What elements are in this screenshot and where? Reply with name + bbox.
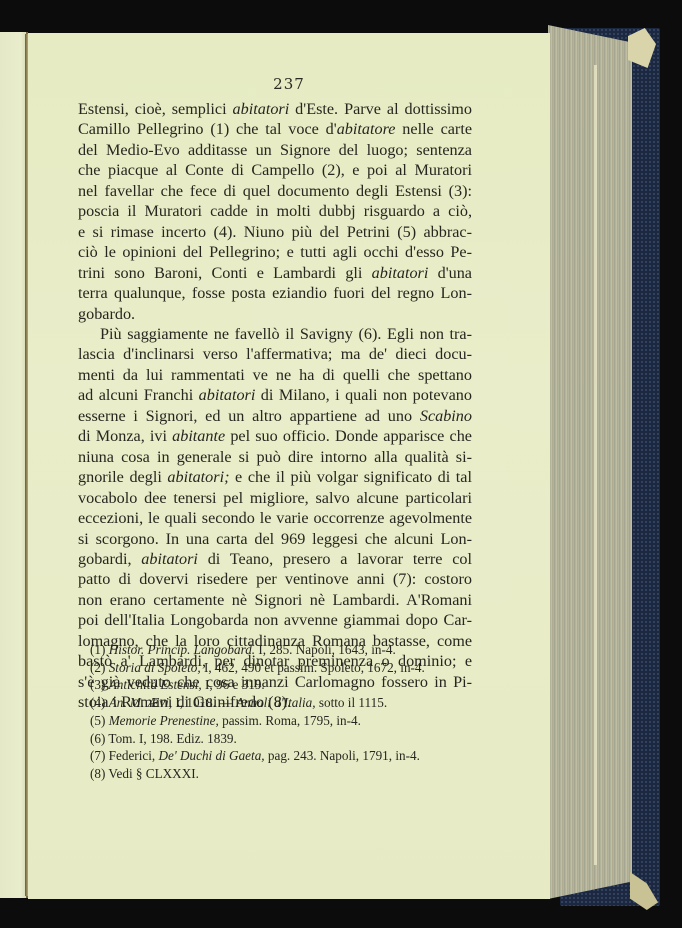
text-run: Estensi, cioè, semplici bbox=[78, 100, 233, 118]
body-line: trini sono Baroni, Conti e Lambardi gli … bbox=[78, 263, 472, 283]
text-run: niuna cosa in generale si può dire intor… bbox=[78, 448, 472, 466]
text-run: si scorgono. In una carta del 969 legges… bbox=[78, 530, 472, 548]
italic-text: abitatori bbox=[199, 386, 256, 404]
text-run: Camillo Pellegrino (1) che tal voce d' bbox=[78, 120, 337, 138]
text-run: (2) bbox=[90, 660, 109, 675]
text-run: ad alcuni Franchi bbox=[78, 386, 199, 404]
italic-text: De' Duchi di Gaeta, bbox=[158, 748, 264, 763]
footnote: (6) Tom. I, 198. Ediz. 1839. bbox=[90, 730, 550, 748]
text-run: vocabolo dee tenersi pel migliore, salvo… bbox=[78, 489, 472, 507]
text-run: sotto il 1115. bbox=[316, 695, 388, 710]
text-run: gobardi, bbox=[78, 550, 141, 568]
italic-text: Annali d'Italia, bbox=[236, 695, 316, 710]
italic-text: abitatori bbox=[141, 550, 198, 568]
body-line: Più saggiamente ne favellò il Savigny (6… bbox=[78, 324, 472, 344]
italic-text: abitatori bbox=[233, 100, 290, 118]
body-line: non erano certamente nè Signori nè Lamba… bbox=[78, 590, 472, 610]
body-line: vocabolo dee tenersi pel migliore, salvo… bbox=[78, 488, 472, 508]
text-run: gnorile degli bbox=[78, 468, 167, 486]
body-line: Estensi, cioè, semplici abitatori d'Este… bbox=[78, 99, 472, 119]
text-run: di Monza, ivi bbox=[78, 427, 172, 445]
page-fore-edge bbox=[548, 25, 632, 899]
footnote: (4) An. M. Ævi, I, 1018. — Annali d'Ital… bbox=[90, 694, 550, 712]
footnote: (2) Storia di Spoleto, I, 462, 490 et pa… bbox=[90, 659, 550, 677]
text-run: I, 462, 490 et passim. Spoleto, 1672, in… bbox=[201, 660, 425, 675]
text-run: trini sono Baroni, Conti e Lambardi gli bbox=[78, 264, 372, 282]
body-line: esserne i Signori, ed un altro appartien… bbox=[78, 406, 472, 426]
text-run: (6) Tom. I, 198. Ediz. 1839. bbox=[90, 731, 237, 746]
italic-text: Storia di Spoleto, bbox=[109, 660, 201, 675]
italic-text: Scabino bbox=[420, 407, 472, 425]
text-run: (8) Vedi § CLXXXI. bbox=[90, 766, 199, 781]
page-number: 237 bbox=[28, 75, 550, 93]
body-line: terra qualunque, fosse posta eziandio fu… bbox=[78, 283, 472, 303]
text-run: lascia d'inclinarsi verso l'affermativa;… bbox=[78, 345, 472, 363]
text-run: (4) bbox=[90, 695, 109, 710]
italic-text: abitatori bbox=[372, 264, 429, 282]
body-line: ciò le opinioni del Pellegrino; e tutti … bbox=[78, 242, 472, 262]
body-line: ad alcuni Franchi abitatori di Milano, i… bbox=[78, 385, 472, 405]
body-line: niuna cosa in generale si può dire intor… bbox=[78, 447, 472, 467]
body-line: poi dell'Italia Longobarda non avvenne g… bbox=[78, 610, 472, 630]
text-run: nel favellar che fece di quel documento … bbox=[78, 182, 472, 200]
body-line: nel favellar che fece di quel documento … bbox=[78, 181, 472, 201]
text-run: (3) bbox=[90, 677, 109, 692]
footnote: (1) Histor. Princip. Langobard. I, 285. … bbox=[90, 641, 550, 659]
text-run: (7) Federici, bbox=[90, 748, 158, 763]
book-page: 237 Estensi, cioè, semplici abitatori d'… bbox=[28, 33, 550, 899]
text-run: nelle carte bbox=[395, 120, 472, 138]
body-line: si scorgono. In una carta del 969 legges… bbox=[78, 529, 472, 549]
footnotes: (1) Histor. Princip. Langobard. I, 285. … bbox=[90, 641, 550, 783]
text-run: d'una bbox=[428, 264, 472, 282]
body-line: e si rimase incerto (4). Niuno più del P… bbox=[78, 222, 472, 242]
body-line: gnorile degli abitatori; e che il più vo… bbox=[78, 467, 472, 487]
text-run: (5) bbox=[90, 713, 109, 728]
body-line: Camillo Pellegrino (1) che tal voce d'ab… bbox=[78, 119, 472, 139]
italic-text: Memorie Prenestine, bbox=[109, 713, 219, 728]
text-run: pel suo officio. Donde apparisce che bbox=[225, 427, 472, 445]
italic-text: abitante bbox=[172, 427, 225, 445]
body-line: lascia d'inclinarsi verso l'affermativa;… bbox=[78, 344, 472, 364]
text-run: poscia il Muratori cadde in molti dubbj … bbox=[78, 202, 472, 220]
body-line: gobardo. bbox=[78, 304, 472, 324]
text-run: Più saggiamente ne favellò il Savigny (6… bbox=[100, 325, 472, 343]
body-line: menti da lui rammentati ve ne ha di quel… bbox=[78, 365, 472, 385]
fore-edge-band bbox=[594, 65, 597, 865]
left-page-edge bbox=[0, 32, 28, 898]
text-run: gobardo. bbox=[78, 305, 135, 323]
footnote: (7) Federici, De' Duchi di Gaeta, pag. 2… bbox=[90, 747, 550, 765]
text-run: d'Este. Parve al dottissimo bbox=[289, 100, 472, 118]
italic-text: Antichità Estensi, bbox=[109, 677, 202, 692]
text-run: passim. Roma, 1795, in-4. bbox=[219, 713, 361, 728]
text-run: del Medio-Evo additasse un Signore del l… bbox=[78, 141, 472, 159]
text-run: I, 1018. — bbox=[172, 695, 236, 710]
text-run: non erano certamente nè Signori nè Lamba… bbox=[78, 591, 472, 609]
body-line: patto di dovervi risedere per ventinove … bbox=[78, 569, 472, 589]
text-run: che piacque al Conte di Campello (2), e … bbox=[78, 161, 472, 179]
italic-text: abitatori; bbox=[167, 468, 229, 486]
text-run: terra qualunque, fosse posta eziandio fu… bbox=[78, 284, 472, 302]
body-line: del Medio-Evo additasse un Signore del l… bbox=[78, 140, 472, 160]
text-run: I, 285. Napoli, 1643, in-4. bbox=[255, 642, 396, 657]
body-line: eccezioni, le quali secondo le varie occ… bbox=[78, 508, 472, 528]
text-run: (1) bbox=[90, 642, 109, 657]
body-line: poscia il Muratori cadde in molti dubbj … bbox=[78, 201, 472, 221]
text-run: poi dell'Italia Longobarda non avvenne g… bbox=[78, 611, 472, 629]
text-run: esserne i Signori, ed un altro appartien… bbox=[78, 407, 420, 425]
italic-text: Histor. Princip. Langobard. bbox=[109, 642, 255, 657]
body-text: Estensi, cioè, semplici abitatori d'Este… bbox=[78, 99, 472, 713]
text-run: pag. 243. Napoli, 1791, in-4. bbox=[265, 748, 420, 763]
text-run: eccezioni, le quali secondo le varie occ… bbox=[78, 509, 472, 527]
text-run: patto di dovervi risedere per ventinove … bbox=[78, 570, 472, 588]
italic-text: abitatore bbox=[337, 120, 396, 138]
text-run: e che il più volgar significato di tal bbox=[229, 468, 472, 486]
text-run: e si rimase incerto (4). Niuno più del P… bbox=[78, 223, 472, 241]
text-run: di Teano, presero a lavorar terre col bbox=[198, 550, 472, 568]
footnote: (8) Vedi § CLXXXI. bbox=[90, 765, 550, 783]
body-line: gobardi, abitatori di Teano, presero a l… bbox=[78, 549, 472, 569]
text-run: di Milano, i quali non potevano bbox=[255, 386, 472, 404]
text-run: ciò le opinioni del Pellegrino; e tutti … bbox=[78, 243, 472, 261]
text-run: I, 96 e 319. bbox=[202, 677, 265, 692]
footnote: (3) Antichità Estensi, I, 96 e 319. bbox=[90, 676, 550, 694]
footnote: (5) Memorie Prenestine, passim. Roma, 17… bbox=[90, 712, 550, 730]
body-line: di Monza, ivi abitante pel suo officio. … bbox=[78, 426, 472, 446]
body-line: che piacque al Conte di Campello (2), e … bbox=[78, 160, 472, 180]
text-run: menti da lui rammentati ve ne ha di quel… bbox=[78, 366, 472, 384]
italic-text: An. M. Ævi, bbox=[109, 695, 172, 710]
